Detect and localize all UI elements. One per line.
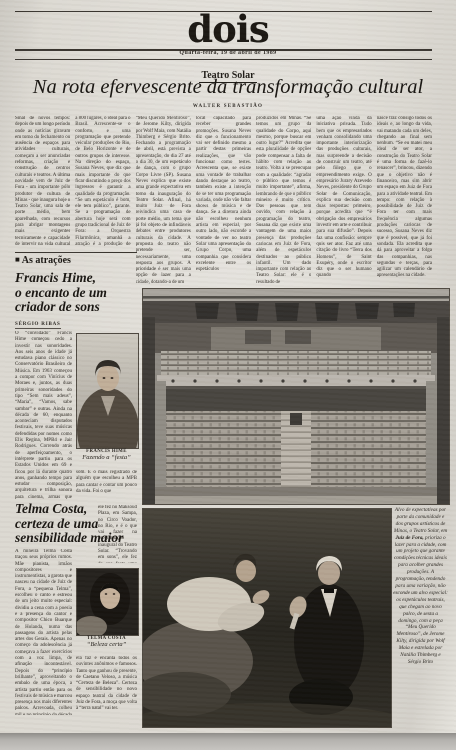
newspaper-page: dois Quarta-feira, 19 de abril de 1989 T… bbox=[0, 0, 456, 733]
newspaper-scan: { "masthead": { "title": "dois", "dateli… bbox=[0, 0, 456, 750]
lead-byline: WALTER SEBASTIÃO bbox=[0, 104, 456, 109]
telma-title-line-2: certeza de uma bbox=[15, 517, 140, 532]
caption-text-before: Alvo de expectativas por parte da comuni… bbox=[394, 507, 447, 534]
telma-portrait-image bbox=[77, 569, 138, 635]
scan-background bbox=[0, 733, 456, 750]
square-bullet-icon: ■ bbox=[15, 255, 20, 264]
telma-caption-sub: “Beleza certa” bbox=[76, 641, 137, 648]
play-scene-photo bbox=[142, 508, 392, 728]
francis-byline: SÉRGIO RIBAS bbox=[15, 322, 61, 329]
francis-caption-sub: Fazendo a “festa” bbox=[76, 454, 137, 461]
page-title: dois bbox=[0, 11, 456, 48]
telma-costa-photo bbox=[76, 568, 139, 636]
caption-text-after: prioriza o lazer para a cidade, com um p… bbox=[393, 535, 448, 665]
lead-column-2: a 800 lugares, o ideal para o Brasil. Ac… bbox=[75, 116, 130, 248]
section-header: ■ As atrações bbox=[15, 255, 145, 266]
lead-column-7: nasce traz consigo todos os ideais e, ao… bbox=[377, 116, 432, 284]
section-header-label: As atrações bbox=[22, 255, 71, 266]
francis-column-b1: som. É o mais registrado de alguém que e… bbox=[76, 470, 137, 502]
play-scene-image bbox=[143, 509, 391, 727]
francis-title-line-1: Francis Hime, bbox=[15, 271, 140, 286]
section-rule bbox=[15, 252, 137, 253]
telma-article-title: Telma Costa, certeza de uma sensibilidad… bbox=[15, 502, 140, 546]
telma-title-line-1: Telma Costa, bbox=[15, 502, 140, 517]
masthead-bottom-rule bbox=[15, 59, 432, 60]
teatro-solar-auditorium-photo bbox=[142, 288, 450, 505]
francis-column-a: O “convidado” Francis Hime começou cedo … bbox=[15, 331, 72, 501]
telma-photo-caption: TELMA COSTA “Beleza certa” bbox=[76, 636, 137, 648]
lead-column-1: Sinal de novos tempos: depois de um long… bbox=[15, 116, 70, 248]
francis-title-line-2: o encanto de um bbox=[15, 286, 140, 301]
francis-article-title: Francis Hime, o encanto de um criador de… bbox=[15, 271, 140, 315]
main-photo-caption: Alvo de expectativas por parte da comuni… bbox=[393, 507, 448, 665]
dateline: Quarta-feira, 19 de abril de 1989 bbox=[0, 50, 456, 56]
francis-hime-photo bbox=[76, 333, 139, 449]
telma-column-b: ela faz e encanta todos os ouvintes anôn… bbox=[76, 656, 137, 718]
lead-column-5: produzidos em Minas. “Se temos um grupo … bbox=[256, 116, 311, 284]
telma-column-a: A mineira Telma Costa traçou seus própri… bbox=[15, 549, 72, 715]
lead-headline: Na rota efervescente da transformação cu… bbox=[0, 76, 456, 98]
francis-photo-caption: FRANCIS HIME Fazendo a “festa” bbox=[76, 449, 137, 461]
lead-column-6: uma ação vinda da iniciativa privada. Tu… bbox=[316, 116, 371, 284]
balcony-seats bbox=[161, 351, 431, 375]
telma-title-line-3: sensibilidade maior bbox=[15, 531, 140, 546]
francis-title-line-3: criador de sons bbox=[15, 300, 140, 315]
lead-column-4: local capacitado para receber grandes pr… bbox=[196, 116, 251, 284]
auditorium-image bbox=[143, 289, 449, 504]
francis-portrait-image bbox=[77, 334, 138, 448]
caption-bold-place: Juiz de Fora, bbox=[395, 535, 423, 541]
